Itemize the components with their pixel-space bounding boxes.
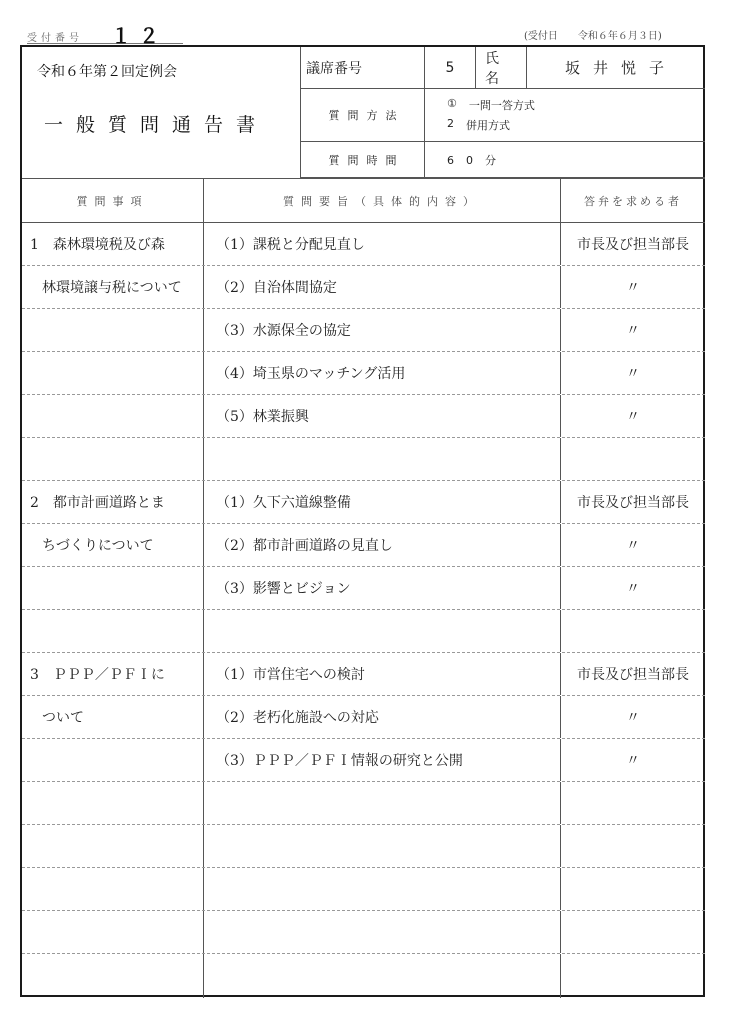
member-name: 坂井悦子 bbox=[527, 47, 705, 89]
table-row bbox=[22, 911, 705, 954]
question-subject bbox=[22, 954, 204, 998]
question-subject bbox=[22, 825, 204, 867]
question-detail bbox=[204, 610, 561, 652]
question-subject bbox=[22, 352, 204, 394]
question-subject bbox=[22, 395, 204, 437]
question-detail: （1）久下六道線整備 bbox=[204, 481, 561, 523]
table-row bbox=[22, 954, 705, 998]
table-row bbox=[22, 782, 705, 825]
column-header-respondent: 答弁を求める者 bbox=[561, 179, 705, 222]
table-header: 質問事項 質問要旨（具体的内容） 答弁を求める者 bbox=[22, 179, 705, 223]
column-header-detail: 質問要旨（具体的内容） bbox=[204, 179, 561, 222]
question-subject bbox=[22, 567, 204, 609]
respondent: 〃 bbox=[561, 309, 705, 351]
receipt-number-label: 受付番号 bbox=[27, 29, 83, 44]
table-row: 林環境譲与税について（2）自治体間協定〃 bbox=[22, 266, 705, 309]
table-row: （3）影響とビジョン〃 bbox=[22, 567, 705, 610]
method-option-one-by-one: ① 一問一答方式 bbox=[447, 97, 535, 113]
respondent bbox=[561, 911, 705, 953]
question-subject bbox=[22, 782, 204, 824]
column-header-subject: 質問事項 bbox=[22, 179, 204, 222]
table-row: （3）水源保全の協定〃 bbox=[22, 309, 705, 352]
receipt-number: 受付番号 １２ bbox=[27, 18, 183, 44]
table-row: ちづくりについて（2）都市計画道路の見直し〃 bbox=[22, 524, 705, 567]
question-subject: 林環境譲与税について bbox=[22, 266, 204, 308]
notice-form: 令和６年第２回定例会 一般質問通告書 議席番号 5 氏名 坂井悦子 質問方法 ①… bbox=[20, 45, 705, 997]
question-subject bbox=[22, 739, 204, 781]
respondent: 〃 bbox=[561, 524, 705, 566]
method-label: 一問一答方式 bbox=[469, 97, 535, 113]
question-subject bbox=[22, 438, 204, 480]
table-row bbox=[22, 868, 705, 911]
table-row bbox=[22, 610, 705, 653]
respondent: 〃 bbox=[561, 567, 705, 609]
table-body: 1 森林環境税及び森（1）課税と分配見直し市長及び担当部長林環境譲与税について（… bbox=[22, 223, 705, 998]
table-row: （5）林業振興〃 bbox=[22, 395, 705, 438]
question-subject bbox=[22, 868, 204, 910]
question-detail: （1）課税と分配見直し bbox=[204, 223, 561, 265]
table-row bbox=[22, 438, 705, 481]
document-title: 一般質問通告書 bbox=[44, 110, 268, 137]
question-subject: ついて bbox=[22, 696, 204, 738]
question-detail: （2）都市計画道路の見直し bbox=[204, 524, 561, 566]
table-row: ついて（2）老朽化施設への対応〃 bbox=[22, 696, 705, 739]
method-option-combined: 2 併用方式 bbox=[447, 117, 510, 133]
respondent: 市長及び担当部長 bbox=[561, 481, 705, 523]
question-subject bbox=[22, 309, 204, 351]
question-detail bbox=[204, 954, 561, 998]
respondent: 〃 bbox=[561, 739, 705, 781]
question-detail: （2）老朽化施設への対応 bbox=[204, 696, 561, 738]
respondent: 市長及び担当部長 bbox=[561, 653, 705, 695]
respondent bbox=[561, 868, 705, 910]
name-label: 氏名 bbox=[476, 47, 527, 89]
question-method-options: ① 一問一答方式 2 併用方式 bbox=[425, 89, 705, 142]
question-method-label: 質問方法 bbox=[301, 89, 425, 142]
respondent bbox=[561, 438, 705, 480]
respondent: 〃 bbox=[561, 352, 705, 394]
question-subject: ちづくりについて bbox=[22, 524, 204, 566]
question-detail: （4）埼玉県のマッチング活用 bbox=[204, 352, 561, 394]
respondent: 〃 bbox=[561, 266, 705, 308]
method-label: 併用方式 bbox=[466, 117, 510, 133]
question-subject: 3 ＰＰＰ／ＰＦＩに bbox=[22, 653, 204, 695]
question-table: 質問事項 質問要旨（具体的内容） 答弁を求める者 1 森林環境税及び森（1）課税… bbox=[22, 179, 705, 998]
question-detail bbox=[204, 782, 561, 824]
seat-number-label: 議席番号 bbox=[301, 47, 425, 89]
question-detail: （3）影響とビジョン bbox=[204, 567, 561, 609]
table-row: 2 都市計画道路とま（1）久下六道線整備市長及び担当部長 bbox=[22, 481, 705, 524]
table-row: （4）埼玉県のマッチング活用〃 bbox=[22, 352, 705, 395]
table-row: 3 ＰＰＰ／ＰＦＩに（1）市営住宅への検討市長及び担当部長 bbox=[22, 653, 705, 696]
respondent: 市長及び担当部長 bbox=[561, 223, 705, 265]
question-subject: 2 都市計画道路とま bbox=[22, 481, 204, 523]
question-time-label: 質問時間 bbox=[301, 142, 425, 178]
question-subject: 1 森林環境税及び森 bbox=[22, 223, 204, 265]
respondent bbox=[561, 782, 705, 824]
method-marker: 2 bbox=[447, 117, 454, 133]
question-subject bbox=[22, 911, 204, 953]
question-detail: （5）林業振興 bbox=[204, 395, 561, 437]
respondent: 〃 bbox=[561, 696, 705, 738]
question-detail: （2）自治体間協定 bbox=[204, 266, 561, 308]
question-detail bbox=[204, 438, 561, 480]
question-detail bbox=[204, 825, 561, 867]
seat-number-value: 5 bbox=[425, 47, 476, 89]
question-detail bbox=[204, 868, 561, 910]
question-time-value: 60分 bbox=[425, 142, 705, 178]
question-detail: （3）水源保全の協定 bbox=[204, 309, 561, 351]
session-name: 令和６年第２回定例会 bbox=[37, 61, 177, 81]
respondent bbox=[561, 954, 705, 998]
method-marker-selected: ① bbox=[447, 97, 457, 113]
receipt-date: (受付日 令和６年６月３日) bbox=[524, 27, 662, 42]
respondent bbox=[561, 825, 705, 867]
question-detail: （1）市営住宅への検討 bbox=[204, 653, 561, 695]
question-subject bbox=[22, 610, 204, 652]
header-title-block: 令和６年第２回定例会 一般質問通告書 bbox=[22, 47, 301, 178]
table-row bbox=[22, 825, 705, 868]
respondent bbox=[561, 610, 705, 652]
table-row: （3）ＰＰＰ／ＰＦＩ情報の研究と公開〃 bbox=[22, 739, 705, 782]
table-row: 1 森林環境税及び森（1）課税と分配見直し市長及び担当部長 bbox=[22, 223, 705, 266]
question-detail: （3）ＰＰＰ／ＰＦＩ情報の研究と公開 bbox=[204, 739, 561, 781]
question-detail bbox=[204, 911, 561, 953]
respondent: 〃 bbox=[561, 395, 705, 437]
